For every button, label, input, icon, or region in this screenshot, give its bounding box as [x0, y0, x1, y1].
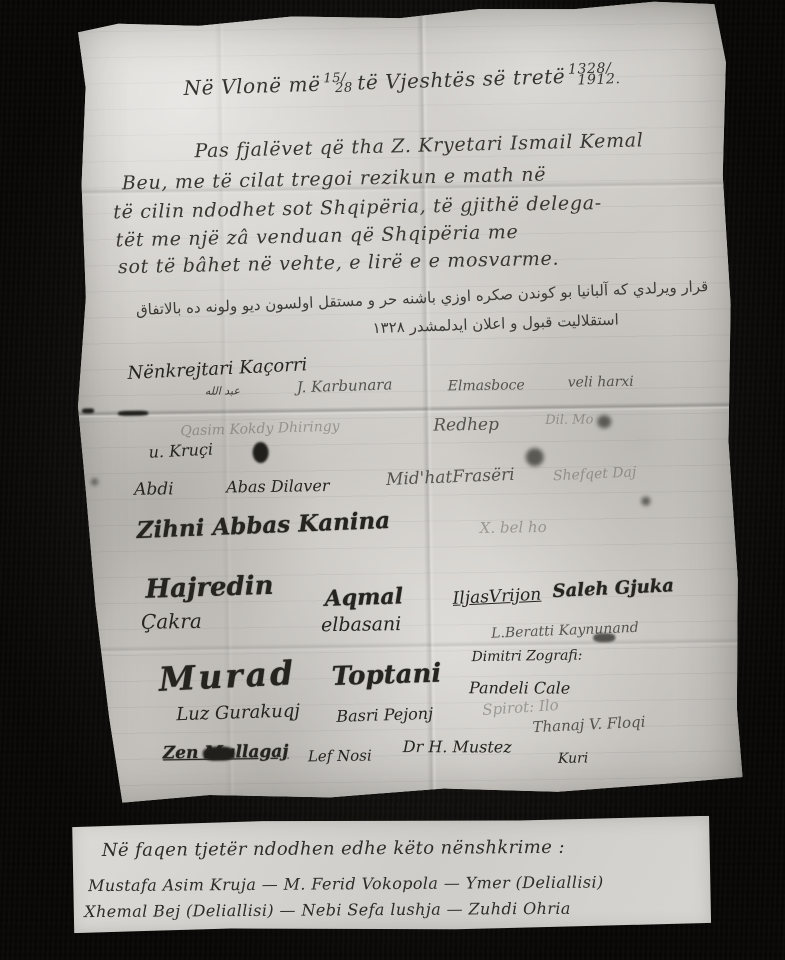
ottoman-script-line: استقلاليت قبول و اعلان ايدلمشدر ١٣٢٨ — [189, 313, 619, 344]
signature: Pandeli Cale — [469, 680, 570, 697]
signature: Basri Pejonj — [336, 706, 433, 726]
signature: u. Kruçi — [148, 442, 213, 462]
photograph-of-declaration: { "photo": { "subject": "Black-and-white… — [0, 0, 785, 960]
signature: veli harxi — [568, 375, 634, 391]
signature: Redhep — [433, 417, 499, 436]
signature: Dr H. Mustez — [403, 739, 512, 756]
heading-prefix: Në Vlonë më — [183, 72, 321, 100]
signature: Dil. Mo — [545, 413, 593, 427]
signature: IljasVrijon — [452, 587, 541, 609]
signature: Zihni Abbas Kanina — [136, 509, 390, 543]
signature: Murad — [158, 656, 297, 697]
signature: Saleh Gjuka — [552, 577, 674, 602]
signature: elbasani — [321, 615, 401, 636]
signature: Kuri — [558, 751, 589, 766]
signature: Toptani — [331, 661, 441, 692]
ink-blot — [252, 442, 268, 463]
ink-smudge — [593, 633, 615, 642]
signature: Lef Nosi — [308, 748, 372, 765]
date-place-heading: Në Vlonë më 15/28 të Vjeshtës së tretë 1… — [183, 63, 616, 99]
ink-stain — [526, 448, 544, 466]
signature: Abas Dilaver — [226, 478, 330, 496]
signature-ottoman: عبد الله — [205, 385, 240, 397]
signature: Hajredin — [145, 573, 274, 604]
ink-blot — [203, 746, 235, 760]
signature: Luz Gurakuqj — [176, 702, 300, 725]
signature: Nënkrejtari Kaçorri — [127, 356, 308, 384]
caption-line: Mustafa Asim Kruja — M. Ferid Vokopola —… — [88, 873, 604, 896]
fold-tear-mark — [118, 411, 148, 416]
signature: J. Karbunara — [297, 377, 393, 396]
paper-spot — [641, 497, 650, 506]
signature: Spirot: Ilo — [482, 698, 559, 719]
heading-middle: të Vjeshtës së tretë — [357, 64, 566, 95]
signature: Mid'hatFrasëri — [386, 467, 515, 490]
paper-spot — [91, 478, 98, 485]
signature: Dimitri Zografi: — [471, 649, 582, 665]
fold-tear-mark — [82, 408, 94, 413]
body-line: tët me një zâ venduan që Shqipëria me — [115, 223, 518, 251]
ink-stain — [597, 415, 611, 428]
caption-label-strip: Në faqen tjetër ndodhen edhe këto nënshk… — [70, 816, 713, 934]
signature: X. bel ho — [480, 520, 547, 537]
signature: Thanaj V. Floqi — [532, 715, 646, 736]
signature: Shefqet Daj — [553, 465, 637, 484]
year-fraction: 1328/1912. — [572, 63, 616, 87]
signature: Çakra — [141, 611, 202, 633]
caption-line: Në faqen tjetër ndodhen edhe këto nënshk… — [102, 837, 565, 861]
horizontal-fold-crease — [70, 401, 740, 418]
body-line: sot të bâhet në vehte, e lirë e e mosvar… — [118, 250, 560, 278]
body-line: të cilin ndodhet sot Shqipëria, të gjith… — [113, 194, 602, 223]
signature: Abdi — [134, 481, 174, 499]
signature: Qasim Kokdy Dhiringy — [180, 420, 340, 440]
signature: Aqmal — [324, 585, 403, 611]
signature: Elmasboce — [448, 378, 525, 394]
declaration-paper-sheet: Në Vlonë më 15/28 të Vjeshtës së tretë 1… — [64, 0, 745, 815]
caption-line: Xhemal Bej (Deliallisi) — Nebi Sefa lush… — [84, 899, 571, 921]
date-fraction: 15/28 — [327, 73, 350, 94]
horizontal-fold-crease — [73, 637, 743, 654]
